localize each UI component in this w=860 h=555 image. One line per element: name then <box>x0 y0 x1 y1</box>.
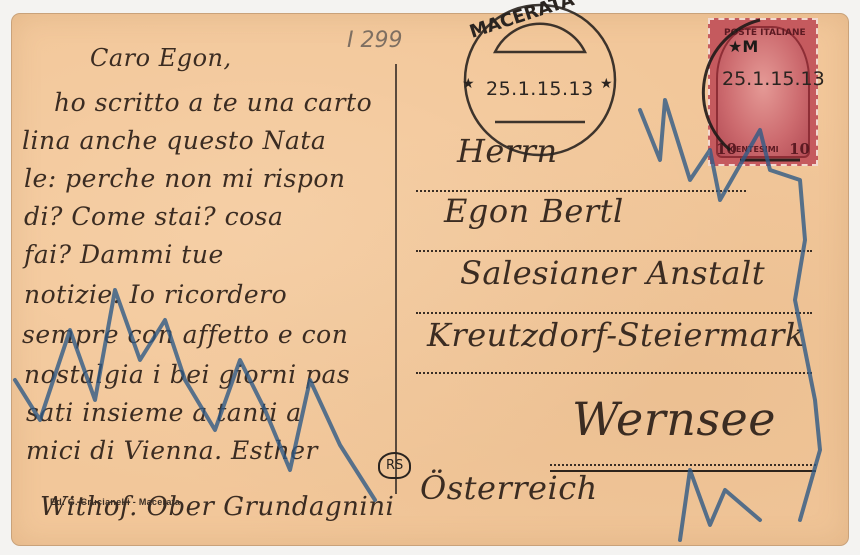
postage-stamp: POSTE ITALIANE CENTESIMI 10 10 <box>708 18 818 166</box>
censor-mark: RS <box>378 452 411 479</box>
postmark-date: 25.1.15.13 <box>486 78 594 100</box>
address-line-institution: Salesianer Anstalt <box>460 254 765 292</box>
message-line: sati insieme a tanti a <box>26 398 302 427</box>
message-line: di? Come stai? cosa <box>24 202 283 231</box>
stamp-denomination: CENTESIMI <box>730 145 779 154</box>
message-line: sempre con affetto e con <box>22 320 348 349</box>
message-line: fai? Dammi tue <box>24 240 224 269</box>
stamp-value-right: 10 <box>789 140 810 158</box>
stamp-portrait <box>716 26 810 158</box>
address-country: Österreich <box>420 469 598 507</box>
publisher-imprint: Ed. G. Crucianelli - Macerata <box>50 497 180 507</box>
message-line: notizie. Io ricordero <box>24 280 287 309</box>
message-line: nostalgia i bei giorni pas <box>24 360 350 389</box>
message-line: le: perche non mi rispon <box>24 164 346 193</box>
address-dotted-line <box>550 464 816 466</box>
stamp-cancel-date: 25.1.15.13 <box>722 68 825 90</box>
center-divider <box>395 64 397 494</box>
stamp-value-left: 10 <box>716 140 737 158</box>
stamp-country: POSTE ITALIANE <box>724 28 806 38</box>
address-line-region: Kreutzdorf-Steiermark <box>427 316 805 354</box>
address-line-name: Egon Bertl <box>444 192 624 230</box>
address-dotted-line <box>416 312 812 314</box>
address-dotted-line <box>416 372 812 374</box>
message-line: lina anche questo Nata <box>22 126 326 155</box>
address-dotted-line <box>416 250 812 252</box>
pencil-note: I 299 <box>347 28 402 53</box>
address-line-town: Wernsee <box>572 392 776 446</box>
message-line: mici di Vienna. Esther <box>26 436 318 465</box>
message-line: ho scritto a te una carto <box>54 88 372 117</box>
address-line-salutation: Herrn <box>457 132 558 170</box>
greeting: Caro Egon, <box>90 44 232 72</box>
